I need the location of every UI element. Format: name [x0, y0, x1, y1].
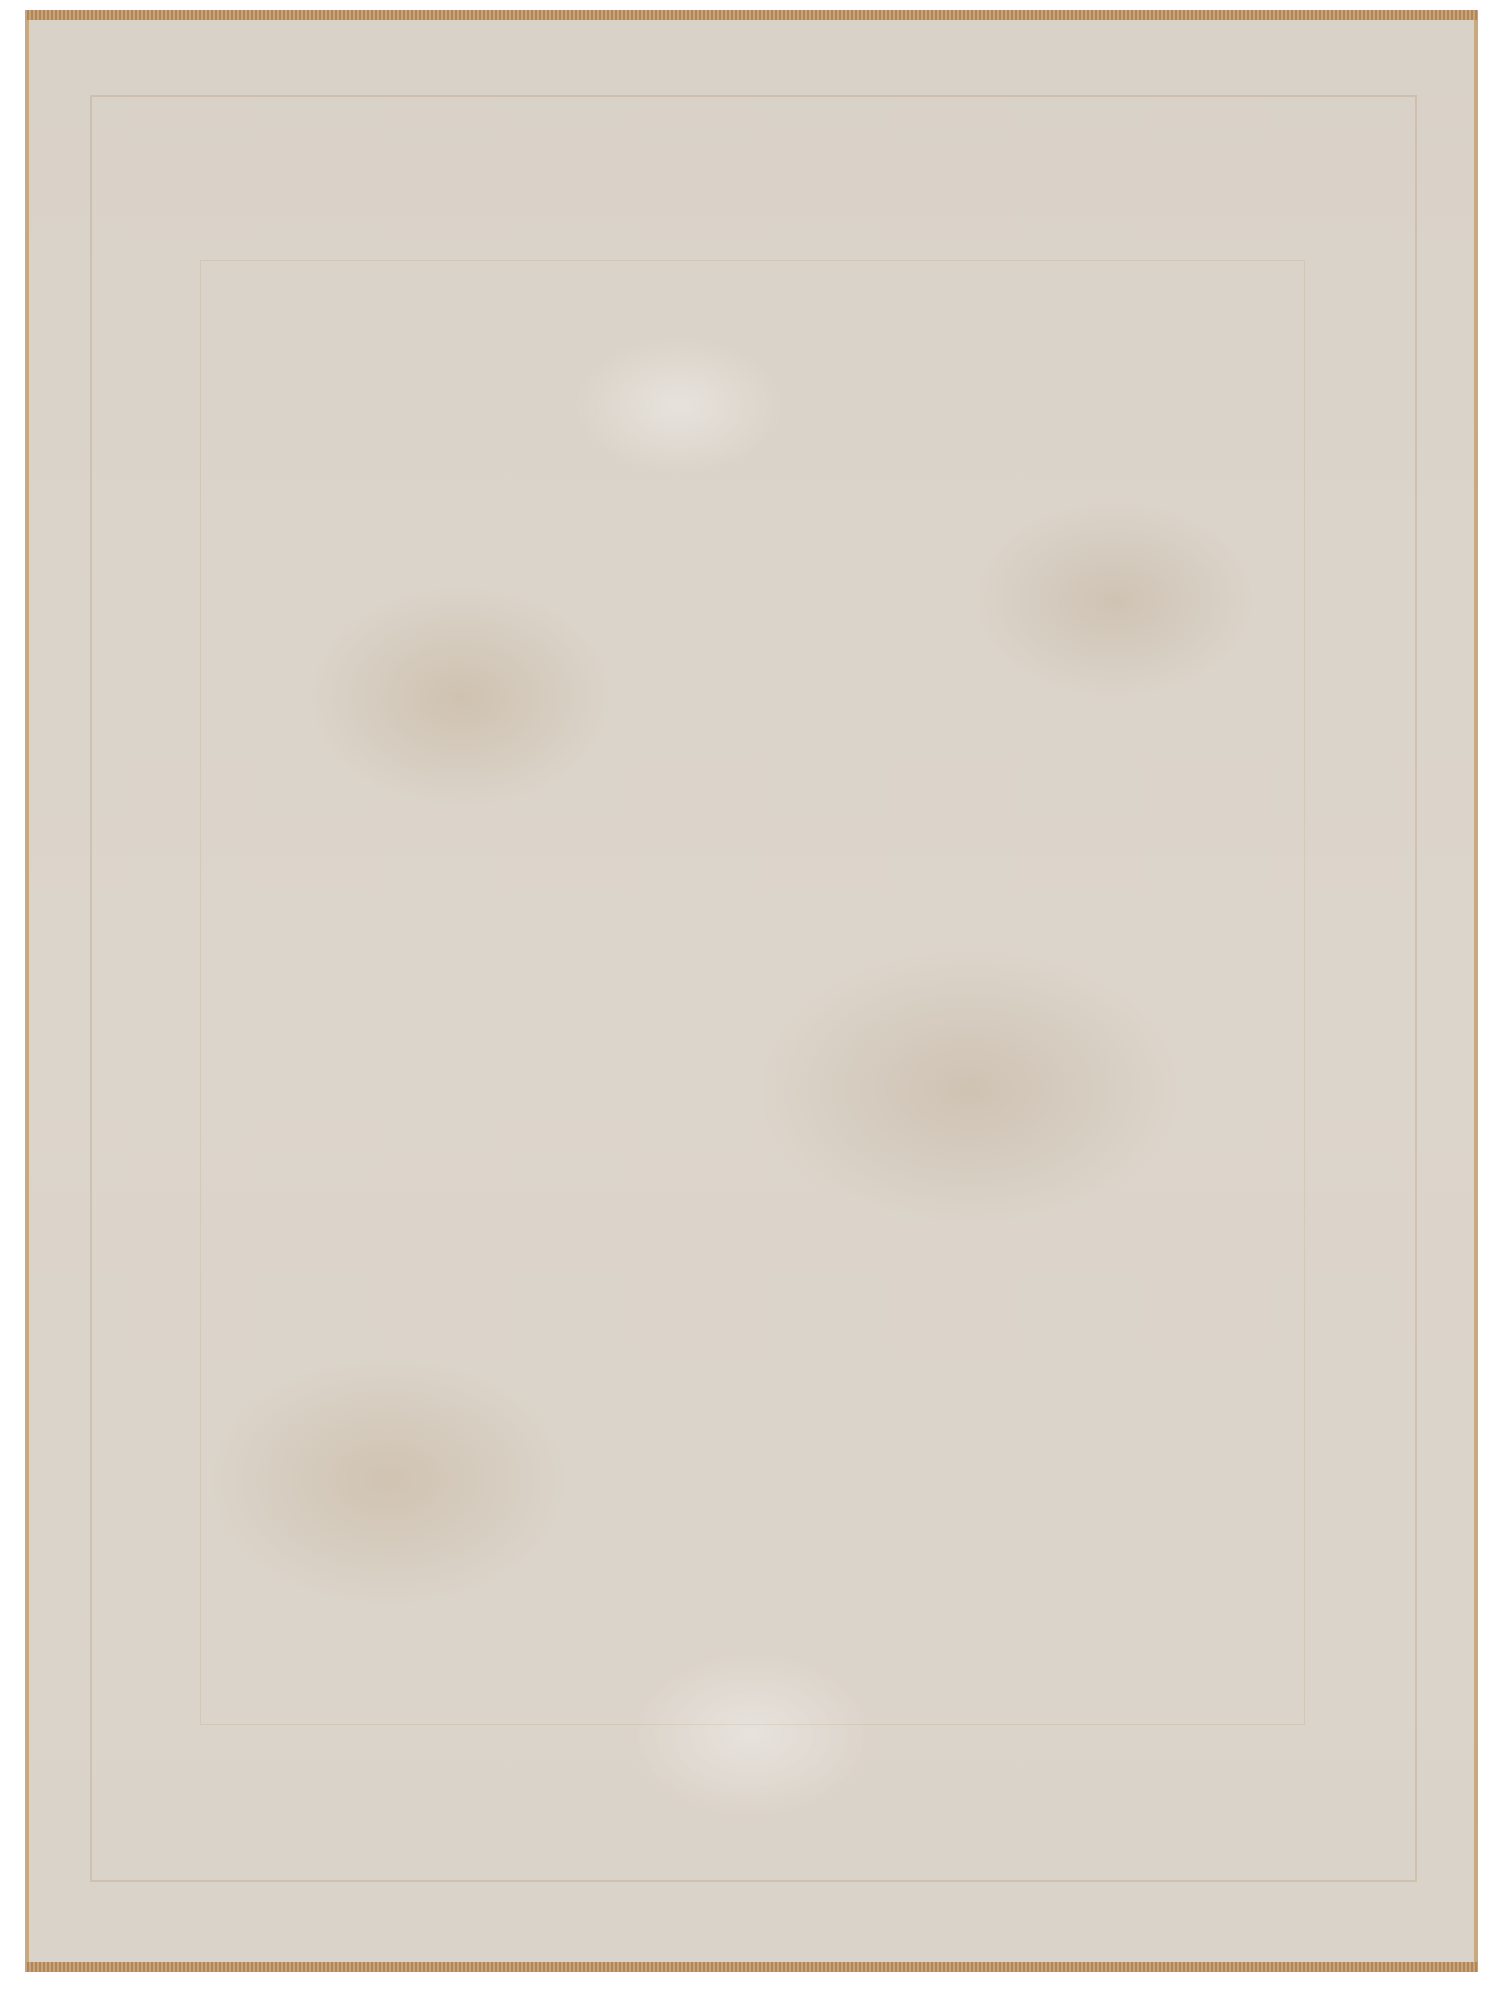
- rug-fringe-bottom: [25, 1962, 1478, 1972]
- rug-fringe-top: [25, 10, 1478, 20]
- rug-field: [200, 260, 1305, 1725]
